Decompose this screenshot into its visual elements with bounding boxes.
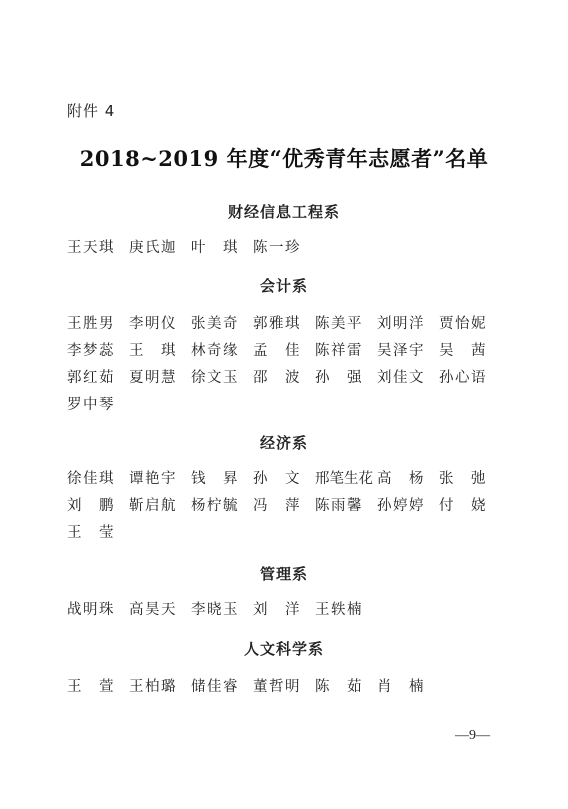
member-name: 李晓玉 [191, 600, 253, 627]
member-name: 王 莹 [67, 523, 129, 550]
member-name: 战明珠 [67, 600, 129, 627]
member-name: 刘 洋 [253, 600, 315, 627]
dept-names-management: 战明珠 高昊天 李晓玉 刘 洋 王轶楠 [67, 600, 507, 627]
member-name: 钱 昪 [191, 469, 253, 496]
member-name: 冯 萍 [253, 496, 315, 523]
member-name: 刘明洋 [377, 314, 439, 341]
member-name: 陈祥雷 [315, 341, 377, 368]
member-name: 王胜男 [67, 314, 129, 341]
member-name: 储佳睿 [191, 677, 253, 704]
member-name: 王天琪 [67, 238, 129, 265]
member-name: 肖 楠 [377, 677, 439, 704]
member-name: 郭红茹 [67, 368, 129, 395]
member-name: 孙 文 [253, 469, 315, 496]
member-name: 高昊天 [129, 600, 191, 627]
dept-names-finance-it: 王天琪 庚氏迦 叶 琪 陈一珍 [67, 238, 507, 265]
member-name: 王 萱 [67, 677, 129, 704]
member-name: 董哲明 [253, 677, 315, 704]
member-name: 陈一珍 [253, 238, 315, 265]
member-name: 罗中琴 [67, 395, 129, 422]
member-name: 叶 琪 [191, 238, 253, 265]
member-name: 付 娆 [439, 496, 501, 523]
member-name: 吴 茜 [439, 341, 501, 368]
member-name: 孙心语 [439, 368, 501, 395]
member-name: 陈美平 [315, 314, 377, 341]
member-name: 谭艳宇 [129, 469, 191, 496]
member-name: 邵 波 [253, 368, 315, 395]
member-name: 靳启航 [129, 496, 191, 523]
member-name: 王轶楠 [315, 600, 377, 627]
attachment-label: 附件 4 [67, 100, 115, 121]
member-name: 张美奇 [191, 314, 253, 341]
dept-heading-management: 管理系 [0, 563, 568, 584]
dept-heading-humanities: 人文科学系 [0, 638, 568, 659]
dept-names-economics: 徐佳琪 谭艳宇 钱 昪 孙 文 邢笔生花 高 杨 张 弛 刘 鹏 靳启航 杨柠毓… [67, 469, 507, 550]
document-title: 2018~2019 年度“优秀青年志愿者”名单 [0, 143, 568, 173]
member-name: 孟 佳 [253, 341, 315, 368]
page-number: —9— [455, 728, 490, 744]
member-name: 高 杨 [377, 469, 439, 496]
member-name: 李明仪 [129, 314, 191, 341]
member-name: 李梦蕊 [67, 341, 129, 368]
member-name: 徐文玉 [191, 368, 253, 395]
member-name: 王 琪 [129, 341, 191, 368]
dept-names-accounting: 王胜男 李明仪 张美奇 郭雅琪 陈美平 刘明洋 贾怡妮 李梦蕊 王 琪 林奇缘 … [67, 314, 507, 422]
member-name: 刘 鹏 [67, 496, 129, 523]
member-name: 贾怡妮 [439, 314, 501, 341]
dept-names-humanities: 王 萱 王柏璐 储佳睿 董哲明 陈 茹 肖 楠 [67, 677, 507, 704]
member-name: 陈雨馨 [315, 496, 377, 523]
dept-heading-accounting: 会计系 [0, 275, 568, 296]
member-name: 吴泽宇 [377, 341, 439, 368]
dept-heading-finance-it: 财经信息工程系 [0, 201, 568, 222]
member-name: 夏明慧 [129, 368, 191, 395]
member-name: 邢笔生花 [315, 469, 377, 496]
member-name: 郭雅琪 [253, 314, 315, 341]
member-name: 孙婷婷 [377, 496, 439, 523]
member-name: 陈 茹 [315, 677, 377, 704]
member-name: 孙 强 [315, 368, 377, 395]
member-name: 王柏璐 [129, 677, 191, 704]
dept-heading-economics: 经济系 [0, 432, 568, 453]
member-name: 林奇缘 [191, 341, 253, 368]
member-name: 杨柠毓 [191, 496, 253, 523]
member-name: 刘佳文 [377, 368, 439, 395]
member-name: 徐佳琪 [67, 469, 129, 496]
member-name: 庚氏迦 [129, 238, 191, 265]
member-name: 张 弛 [439, 469, 501, 496]
